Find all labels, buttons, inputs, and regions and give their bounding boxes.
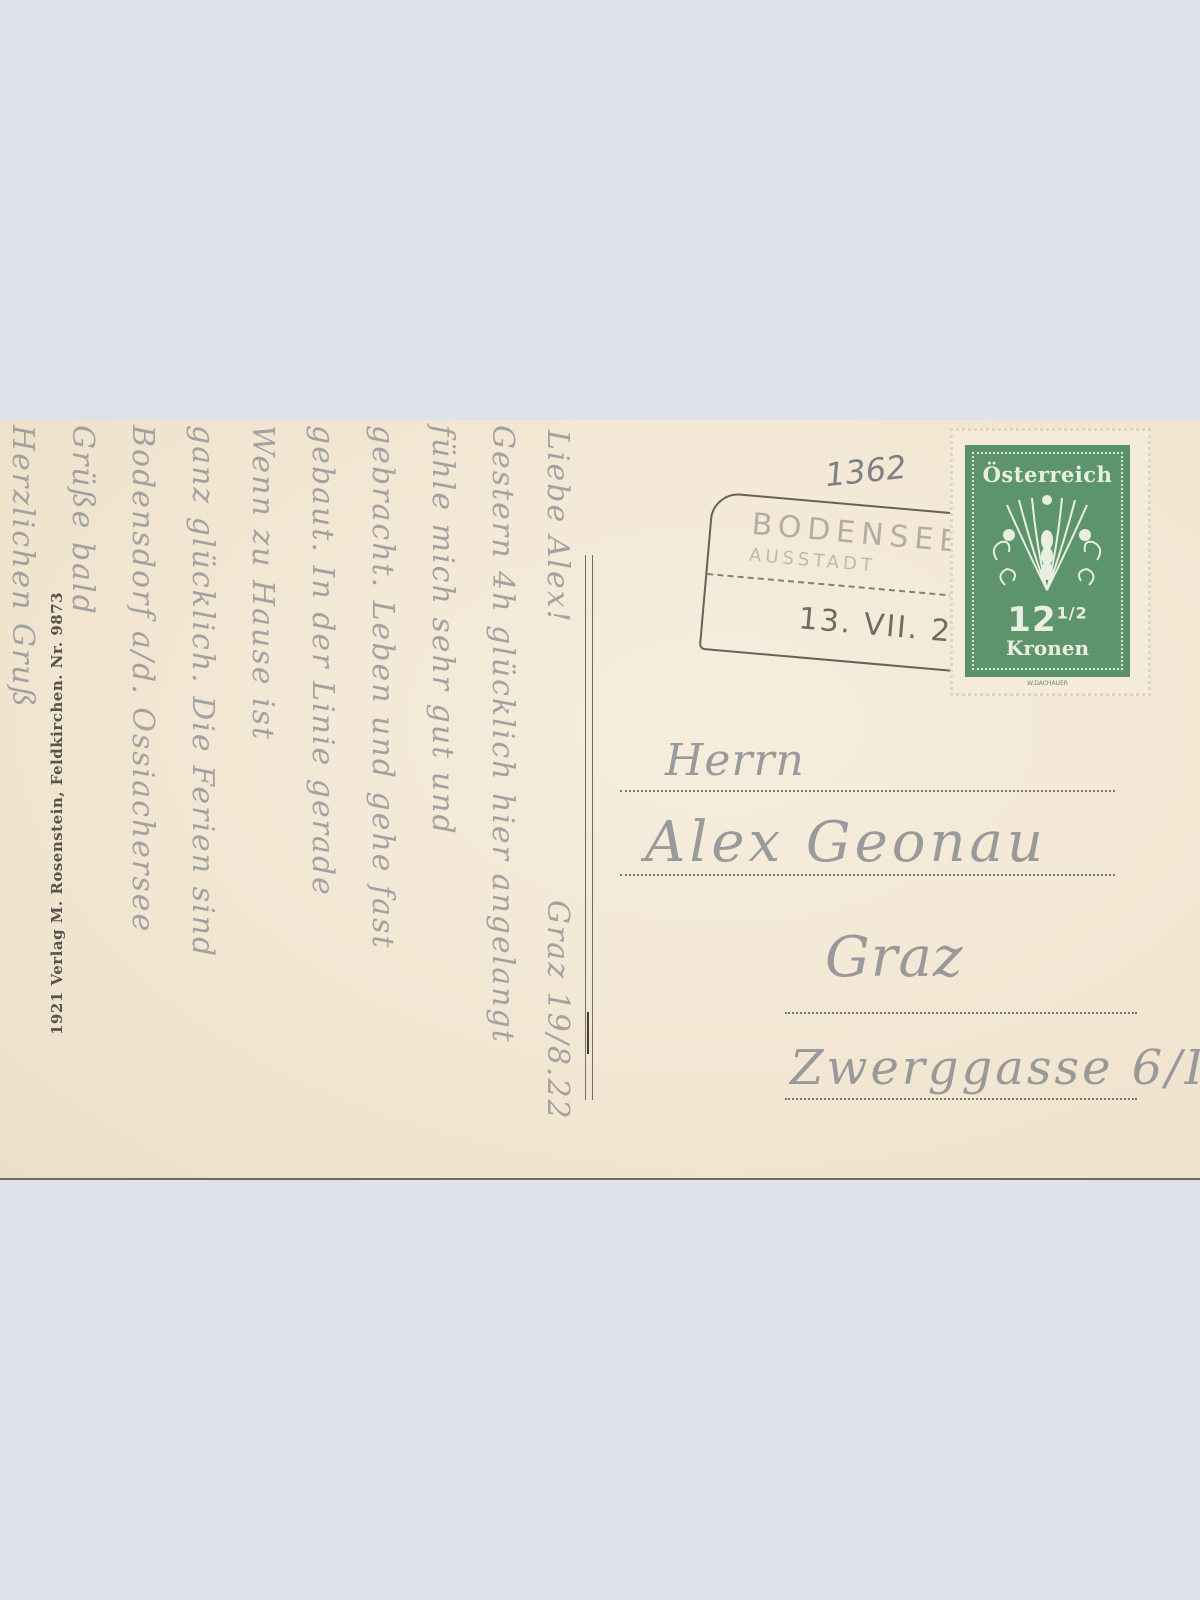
stamp-country: Österreich	[970, 462, 1125, 487]
address-line-3	[785, 1012, 1137, 1014]
address-salutation: Herrn	[665, 735, 805, 786]
message-line: Wenn zu Hause ist	[245, 425, 280, 741]
publisher-imprint: 1921 Verlag M. Rosenstein, Feldkirchen. …	[48, 592, 66, 1035]
message-line: gebaut. In der Linie gerade	[305, 425, 340, 897]
postage-stamp: Österreich 121/2 Kronen	[965, 445, 1130, 677]
address-line-1	[620, 790, 1115, 792]
message-dateline: Graz 19/8.22	[540, 900, 575, 1121]
message-line: Grüße bald	[65, 425, 100, 616]
stamp-currency: Kronen	[970, 636, 1125, 660]
message-line: fühle mich sehr gut und	[425, 425, 460, 836]
address-street: Zwerggasse 6/II	[790, 1040, 1200, 1096]
address-line-4	[785, 1098, 1137, 1100]
message-greeting: Liebe Alex!	[540, 430, 575, 624]
message-line: ganz glücklich. Die Ferien sind	[185, 425, 220, 958]
message-line: Gestern 4h glücklich hier angelangt	[485, 425, 520, 1044]
message-line: Herzlichen Gruß	[5, 425, 40, 709]
address-name: Alex Geonau	[645, 810, 1047, 875]
message-line: Bodensdorf a/d. Ossiachersee	[125, 425, 160, 933]
postmark-date: 13. VII. 22	[797, 601, 974, 651]
message-line: gebracht. Leben und gehe fast	[365, 425, 400, 950]
stamp-engraver: W.DACHAUER	[965, 680, 1130, 687]
stamp-value: 121/2	[970, 600, 1125, 640]
wheat-ear-icon	[987, 490, 1107, 600]
address-city: Graz	[825, 925, 963, 990]
divider-mark	[587, 1012, 589, 1054]
